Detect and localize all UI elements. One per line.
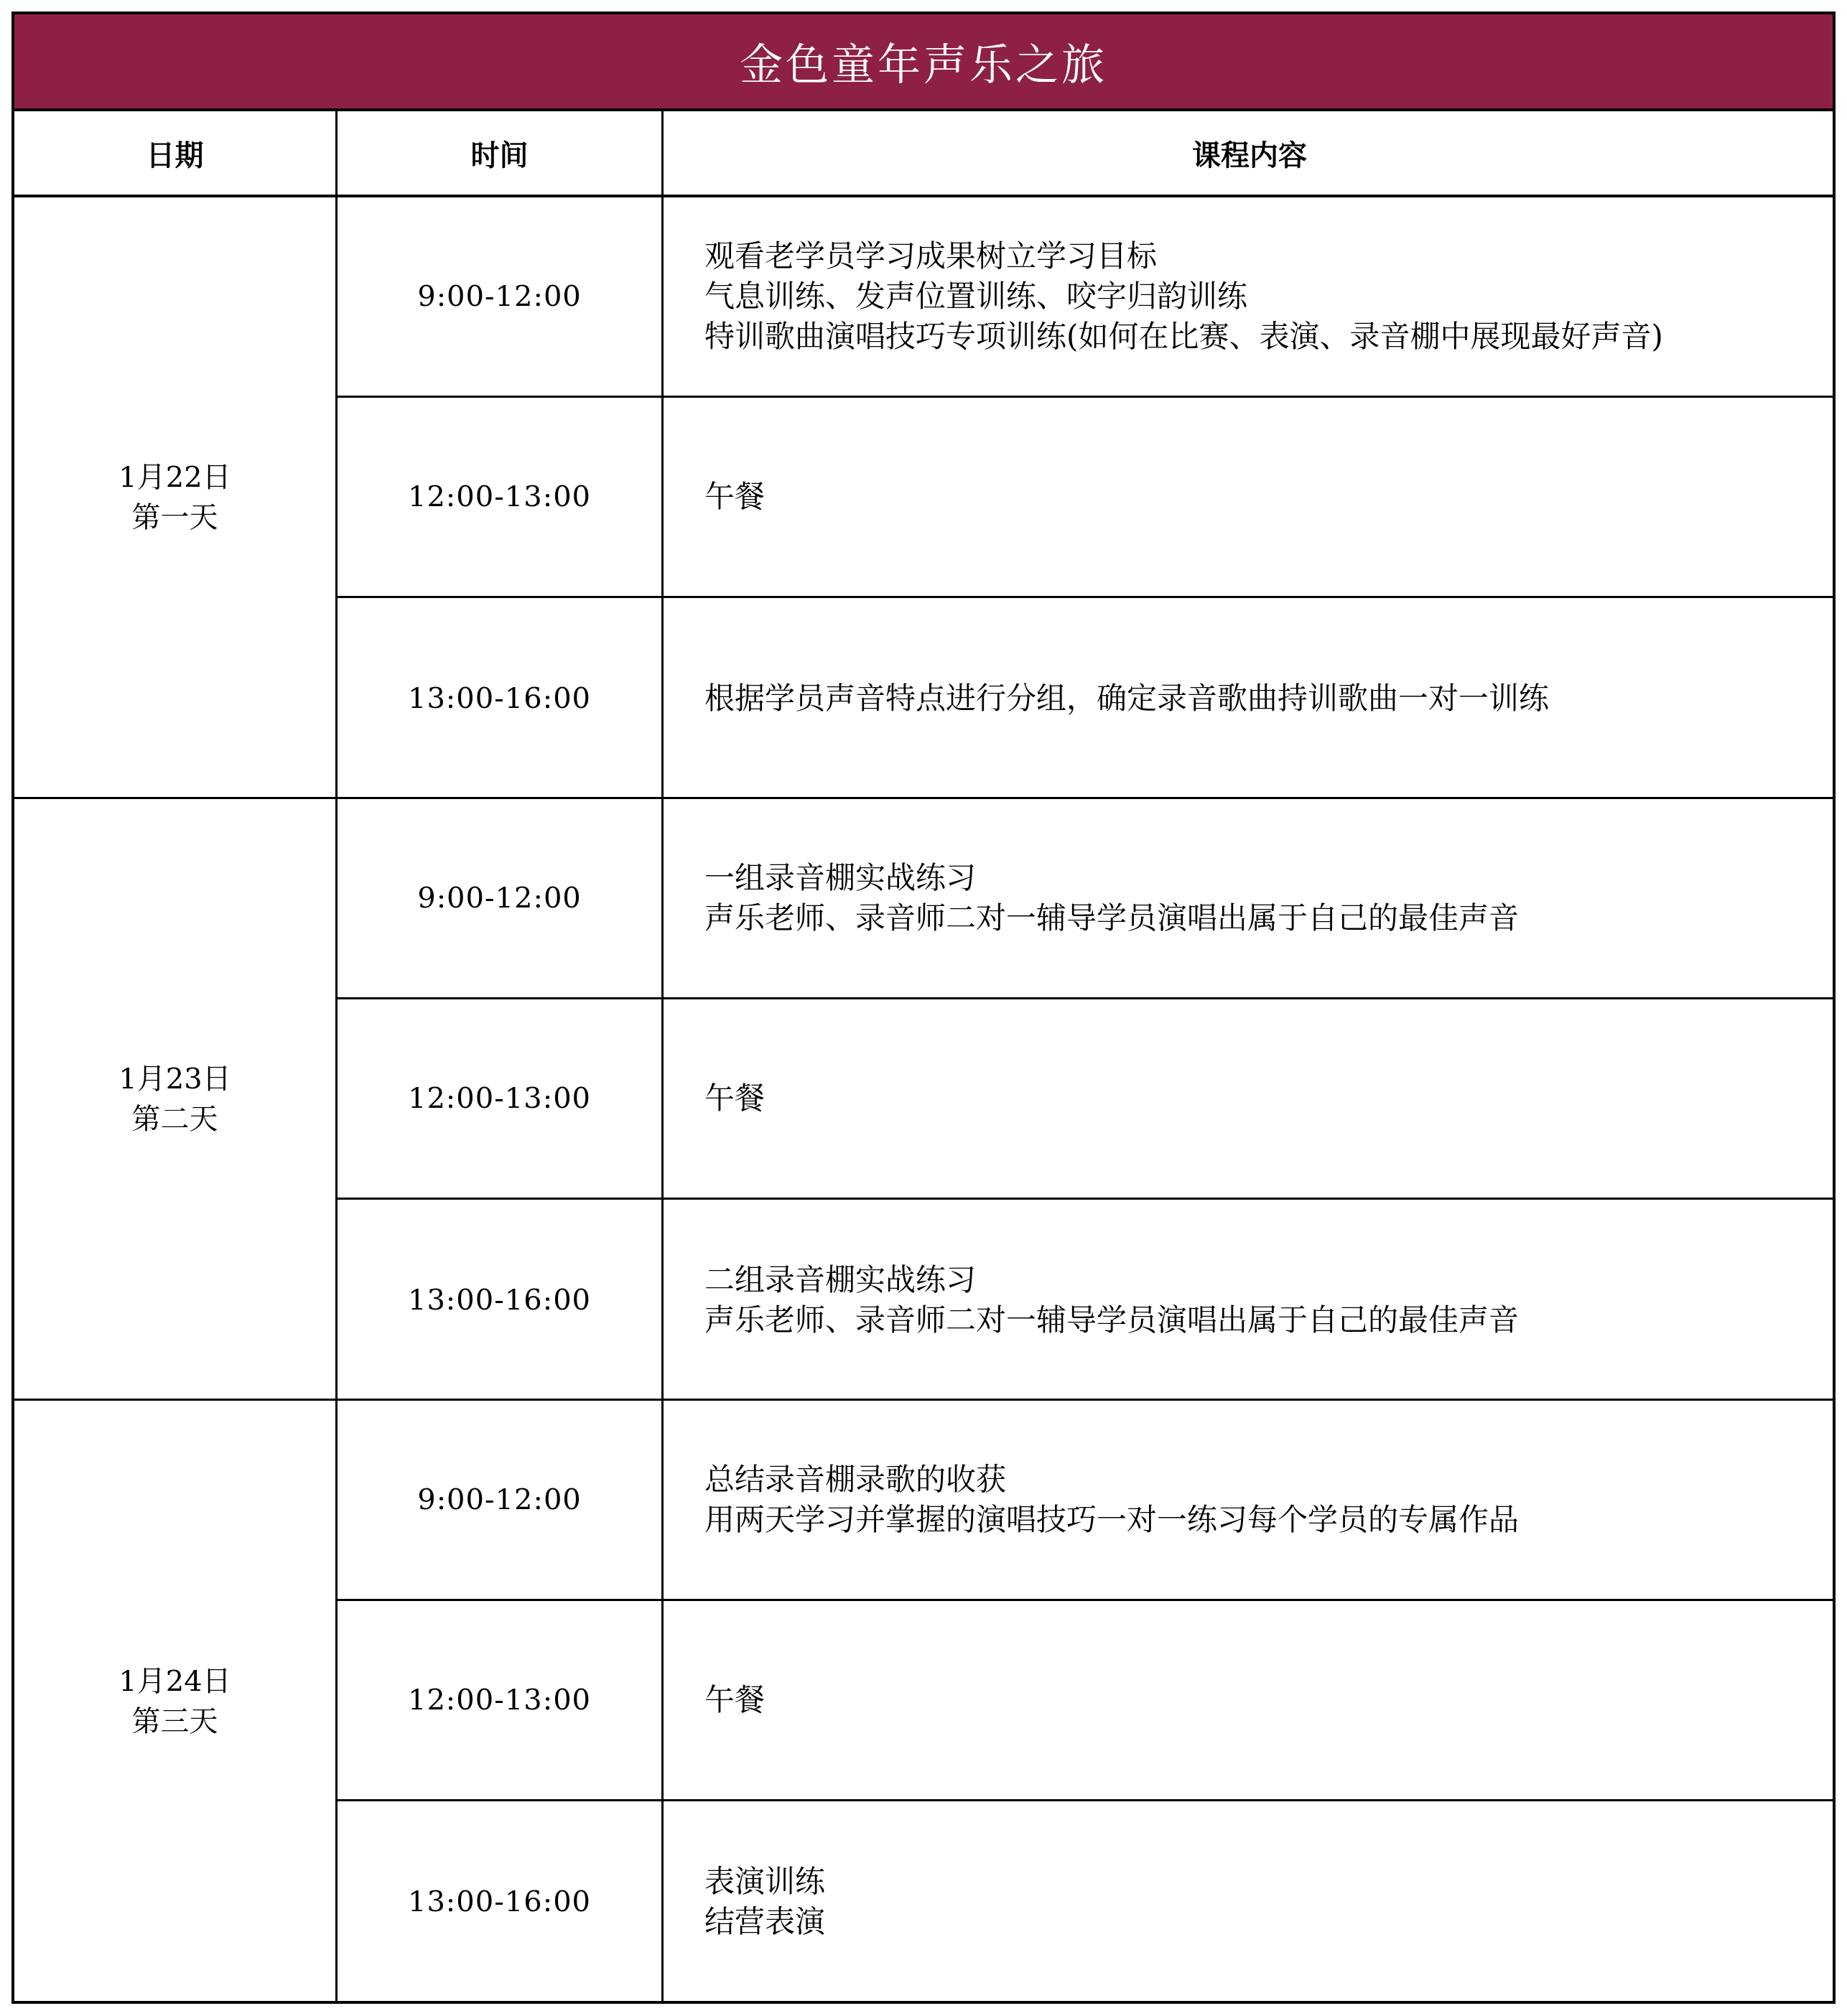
- slot-time: 9:00-12:00: [338, 197, 664, 396]
- content-line: 午餐: [704, 1680, 1836, 1720]
- content-line: 总结录音棚录歌的收获: [704, 1460, 1836, 1500]
- table-row: 13:00-16:00 二组录音棚实战练习 声乐老师、录音师二对一辅导学员演唱出…: [338, 1200, 1836, 1400]
- day-group-3: 1月24日 第三天 9:00-12:00 总结录音棚录歌的收获 用两天学习并掌握…: [14, 1401, 1833, 2002]
- slot-content: 表演训练 结营表演: [664, 1801, 1836, 2002]
- day-date: 1月23日: [118, 1059, 231, 1099]
- day-cell: 1月22日 第一天: [14, 197, 338, 797]
- slot-time: 12:00-13:00: [338, 398, 664, 596]
- content-line: 根据学员声音特点进行分组，确定录音歌曲持训歌曲一对一训练: [704, 678, 1836, 719]
- content-line: 午餐: [704, 477, 1836, 517]
- slot-content: 观看老学员学习成果树立学习目标 气息训练、发声位置训练、咬字归韵训练 特训歌曲演…: [664, 197, 1836, 396]
- content-line: 一组录音棚实战练习: [704, 858, 1836, 898]
- slot-content: 根据学员声音特点进行分组，确定录音歌曲持训歌曲一对一训练: [664, 598, 1836, 798]
- table-row: 12:00-13:00 午餐: [338, 398, 1836, 598]
- slot-time: 12:00-13:00: [338, 1601, 664, 1799]
- content-line: 表演训练: [704, 1862, 1836, 1902]
- slot-time: 13:00-16:00: [338, 1801, 664, 2002]
- content-line: 用两天学习并掌握的演唱技巧一对一练习每个学员的专属作品: [704, 1500, 1836, 1540]
- table-row: 12:00-13:00 午餐: [338, 999, 1836, 1200]
- header-time: 时间: [338, 111, 664, 195]
- table-row: 9:00-12:00 观看老学员学习成果树立学习目标 气息训练、发声位置训练、咬…: [338, 197, 1836, 398]
- day-cell: 1月23日 第二天: [14, 799, 338, 1399]
- day-label: 第一天: [132, 498, 218, 538]
- table-row: 13:00-16:00 根据学员声音特点进行分组，确定录音歌曲持训歌曲一对一训练: [338, 598, 1836, 798]
- content-line: 午餐: [704, 1078, 1836, 1119]
- day-date: 1月22日: [118, 457, 231, 498]
- content-line: 声乐老师、录音师二对一辅导学员演唱出属于自己的最佳声音: [704, 1300, 1836, 1340]
- content-line: 结营表演: [704, 1902, 1836, 1942]
- slot-content: 午餐: [664, 1601, 1836, 1799]
- day-date: 1月24日: [118, 1661, 231, 1702]
- slot-time: 9:00-12:00: [338, 1401, 664, 1599]
- slot-content: 总结录音棚录歌的收获 用两天学习并掌握的演唱技巧一对一练习每个学员的专属作品: [664, 1401, 1836, 1599]
- content-line: 二组录音棚实战练习: [704, 1260, 1836, 1300]
- day-label: 第二天: [132, 1099, 218, 1139]
- header-row: 日期 时间 课程内容: [14, 111, 1833, 197]
- content-line: 观看老学员学习成果树立学习目标: [704, 236, 1836, 276]
- header-date: 日期: [14, 111, 338, 195]
- slot-content: 午餐: [664, 398, 1836, 596]
- schedule-table: 金色童年声乐之旅 日期 时间 课程内容 1月22日 第一天 9:00-12:00…: [11, 11, 1836, 2004]
- day-group-2: 1月23日 第二天 9:00-12:00 一组录音棚实战练习 声乐老师、录音师二…: [14, 799, 1833, 1401]
- title-bar: 金色童年声乐之旅: [14, 14, 1833, 111]
- slot-content: 午餐: [664, 999, 1836, 1198]
- content-line: 气息训练、发声位置训练、咬字归韵训练: [704, 276, 1836, 317]
- table-row: 9:00-12:00 一组录音棚实战练习 声乐老师、录音师二对一辅导学员演唱出属…: [338, 799, 1836, 999]
- content-line: 声乐老师、录音师二对一辅导学员演唱出属于自己的最佳声音: [704, 898, 1836, 938]
- page-title: 金色童年声乐之旅: [740, 31, 1107, 93]
- day-label: 第三天: [132, 1702, 218, 1742]
- slot-time: 12:00-13:00: [338, 999, 664, 1198]
- slot-time: 13:00-16:00: [338, 598, 664, 798]
- table-row: 12:00-13:00 午餐: [338, 1601, 1836, 1801]
- day-group-1: 1月22日 第一天 9:00-12:00 观看老学员学习成果树立学习目标 气息训…: [14, 197, 1833, 799]
- table-row: 13:00-16:00 表演训练 结营表演: [338, 1801, 1836, 2002]
- slot-content: 一组录音棚实战练习 声乐老师、录音师二对一辅导学员演唱出属于自己的最佳声音: [664, 799, 1836, 997]
- header-content: 课程内容: [664, 111, 1836, 195]
- day-cell: 1月24日 第三天: [14, 1401, 338, 2002]
- content-line: 特训歌曲演唱技巧专项训练(如何在比赛、表演、录音棚中展现最好声音): [704, 317, 1836, 357]
- slot-time: 9:00-12:00: [338, 799, 664, 997]
- slot-content: 二组录音棚实战练习 声乐老师、录音师二对一辅导学员演唱出属于自己的最佳声音: [664, 1200, 1836, 1400]
- slot-time: 13:00-16:00: [338, 1200, 664, 1400]
- table-row: 9:00-12:00 总结录音棚录歌的收获 用两天学习并掌握的演唱技巧一对一练习…: [338, 1401, 1836, 1601]
